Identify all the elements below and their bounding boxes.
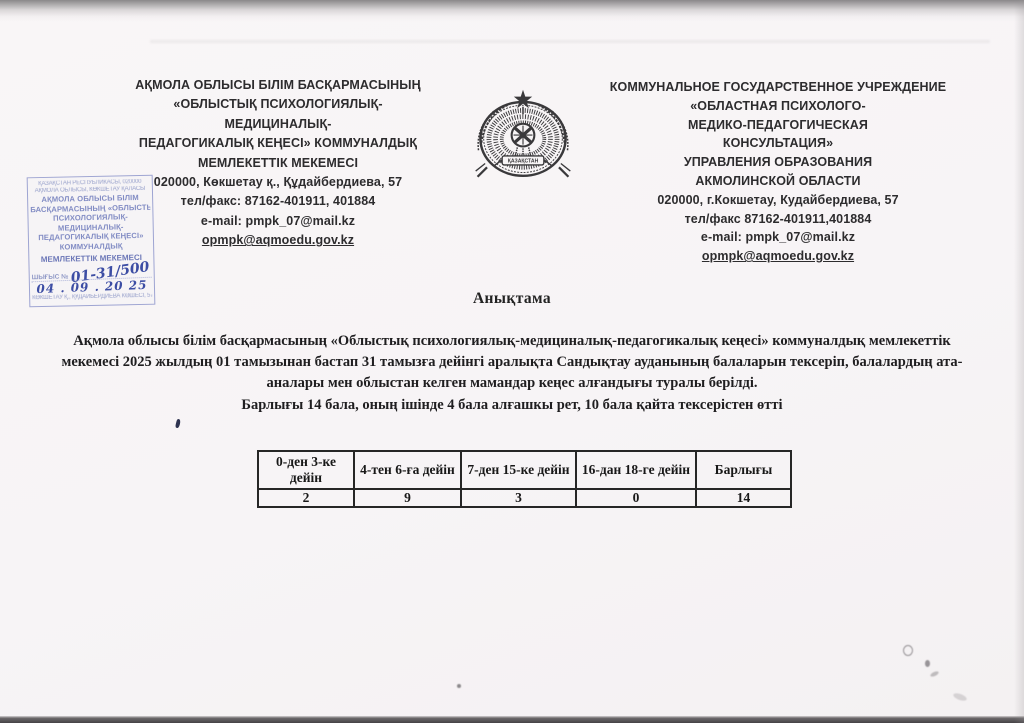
org-name-line: КОНСУЛЬТАЦИЯ» — [592, 134, 964, 153]
document-title: Анықтама — [0, 290, 1024, 308]
table-header-age-7-15: 7-ден 15-ке дейін — [461, 451, 576, 489]
org-name-line: МЕДИКО-ПЕДАГОГИЧЕСКАЯ — [592, 116, 964, 135]
org-phone: тел/факс: 87162-401911, 401884 — [110, 192, 446, 211]
org-address: 020000, Көкшетау қ., Құдайбердиева, 57 — [110, 173, 446, 192]
document-summary-line: Барлығы 14 бала, оның ішінде 4 бала алға… — [0, 397, 1024, 414]
ink-smudge — [930, 670, 940, 677]
org-name-line: МЕДИЦИНАЛЫҚ- — [110, 115, 446, 134]
ink-smudge — [457, 684, 461, 688]
ink-smudge — [903, 645, 913, 656]
org-address: 020000, г.Кокшетау, Кудайбердиева, 57 — [592, 191, 964, 210]
org-name-line: УПРАВЛЕНИЯ ОБРАЗОВАНИЯ — [592, 153, 964, 172]
kazakhstan-state-emblem-icon: ҚАЗАҚСТАН — [466, 84, 580, 190]
ink-smudge — [925, 660, 930, 667]
table-value-age-4-6: 9 — [354, 489, 461, 507]
org-name-line: МЕМЛЕКЕТТІК МЕКЕМЕСІ — [110, 154, 446, 173]
registration-stamp: ҚАЗАҚСТАН РЕСПУБЛИКАСЫ, 020000 АҚМОЛА ОБ… — [27, 175, 156, 308]
table-value-age-16-18: 0 — [576, 489, 696, 507]
scanned-document-page: АҚМОЛА ОБЛЫСЫ БІЛІМ БАСҚАРМАСЫНЫҢ «ОБЛЫС… — [0, 0, 1024, 723]
emblem-ribbon-text: ҚАЗАҚСТАН — [508, 159, 539, 165]
scan-edge-top — [0, 0, 1024, 22]
org-name-line: КОММУНАЛЬНОЕ ГОСУДАРСТВЕННОЕ УЧРЕЖДЕНИЕ — [592, 78, 964, 97]
org-name-line: АҚМОЛА ОБЛЫСЫ БІЛІМ БАСҚАРМАСЫНЫҢ — [110, 76, 446, 95]
scan-smudge-line — [150, 40, 990, 43]
org-email: e-mail: pmpk_07@mail.kz — [110, 212, 446, 231]
org-email: e-mail: pmpk_07@mail.kz — [592, 228, 964, 247]
age-statistics-table: 0-ден 3-ке дейін 4-тен 6-ға дейін 7-ден … — [257, 450, 792, 508]
table-value-total: 14 — [696, 489, 791, 507]
org-name-line: «ОБЛЫСТЫҚ ПСИХОЛОГИЯЛЫҚ- — [110, 95, 446, 114]
document-body-paragraph: Ақмола облысы білім басқармасының «Облыс… — [57, 331, 967, 394]
letterhead-russian: КОММУНАЛЬНОЕ ГОСУДАРСТВЕННОЕ УЧРЕЖДЕНИЕ … — [592, 78, 964, 266]
table-value-age-7-15: 3 — [461, 489, 576, 507]
letterhead-kazakh: АҚМОЛА ОБЛЫСЫ БІЛІМ БАСҚАРМАСЫНЫҢ «ОБЛЫС… — [110, 76, 446, 251]
org-name-line: АКМОЛИНСКОЙ ОБЛАСТИ — [592, 172, 964, 191]
org-email-link: opmpk@aqmoedu.gov.kz — [110, 231, 446, 250]
scan-edge-right — [1014, 0, 1024, 723]
ink-mark — [175, 419, 181, 429]
table-header-total: Барлығы — [696, 451, 791, 489]
org-email-link: opmpk@aqmoedu.gov.kz — [592, 247, 964, 266]
org-name-line: ПЕДАГОГИКАЛЫҚ КЕҢЕСІ» КОММУНАЛДЫҚ — [110, 134, 446, 153]
table-data-row: 2 9 3 0 14 — [258, 489, 791, 507]
org-phone: тел/факс 87162-401911,401884 — [592, 210, 964, 229]
scan-edge-bottom — [0, 716, 1024, 723]
org-name-line: «ОБЛАСТНАЯ ПСИХОЛОГО- — [592, 97, 964, 116]
ink-smudge — [952, 692, 967, 702]
table-value-age-0-3: 2 — [258, 489, 354, 507]
table-header-age-0-3: 0-ден 3-ке дейін — [258, 451, 354, 489]
table-header-age-4-6: 4-тен 6-ға дейін — [354, 451, 461, 489]
table-header-row: 0-ден 3-ке дейін 4-тен 6-ға дейін 7-ден … — [258, 451, 791, 489]
table-header-age-16-18: 16-дан 18-ге дейін — [576, 451, 696, 489]
